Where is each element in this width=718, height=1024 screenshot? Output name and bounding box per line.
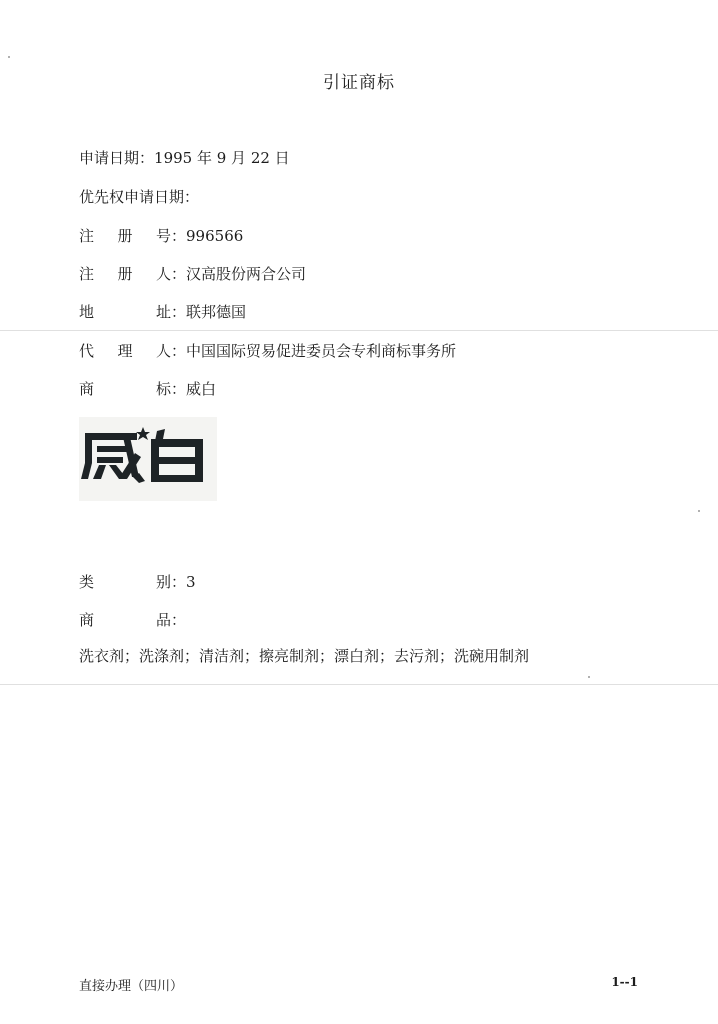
field-label: 地 址 (79, 302, 171, 322)
field-value: 汉高股份两合公司 (186, 264, 306, 284)
scan-speck (8, 56, 10, 58)
field-application-date: 申请日期：1995 年 9 月 22 日 (79, 148, 290, 168)
field-value: 联邦德国 (186, 302, 246, 322)
field-goods: 商 品 ： (79, 610, 186, 630)
field-priority-date: 优先权申请日期： (79, 187, 199, 207)
field-address: 地 址 ：联邦德国 (79, 302, 246, 322)
field-label: 注 册 人 (79, 264, 171, 284)
field-trademark: 商 标 ：威白 (79, 379, 216, 399)
field-label: 商 品 (79, 610, 171, 630)
field-label: 优先权申请日期 (79, 187, 184, 207)
field-value: 3 (186, 572, 196, 592)
goods-list: 洗衣剂；洗涤剂；清洁剂；擦亮制剂；漂白剂；去污剂；洗碗用制剂 (79, 646, 529, 666)
field-label: 申请日期 (79, 148, 139, 168)
field-agent: 代 理 人 ：中国国际贸易促进委员会专利商标事务所 (79, 341, 456, 361)
field-registrant: 注 册 人 ：汉高股份两合公司 (79, 264, 306, 284)
field-class: 类 别 ：3 (79, 572, 196, 592)
field-value: 1995 年 9 月 22 日 (154, 148, 290, 168)
field-value: 中国国际贸易促进委员会专利商标事务所 (186, 341, 456, 361)
field-value: 996566 (186, 226, 243, 246)
scan-speck (698, 510, 700, 512)
scan-artifact-line (0, 330, 718, 331)
field-label: 商 标 (79, 379, 171, 399)
document-title: 引证商标 (0, 68, 718, 93)
footer-left-text: 直接办理（四川） (79, 975, 183, 994)
field-label: 类 别 (79, 572, 171, 592)
field-label: 代 理 人 (79, 341, 171, 361)
page-number: 1--1 (611, 975, 638, 989)
field-label: 注 册 号 (79, 226, 171, 246)
trademark-image (79, 417, 217, 501)
field-registration-number: 注 册 号 ：996566 (79, 226, 243, 246)
trademark-logo-icon (79, 417, 217, 501)
field-value: 威白 (186, 379, 216, 399)
scan-speck (588, 676, 590, 678)
scan-artifact-line (0, 684, 718, 685)
